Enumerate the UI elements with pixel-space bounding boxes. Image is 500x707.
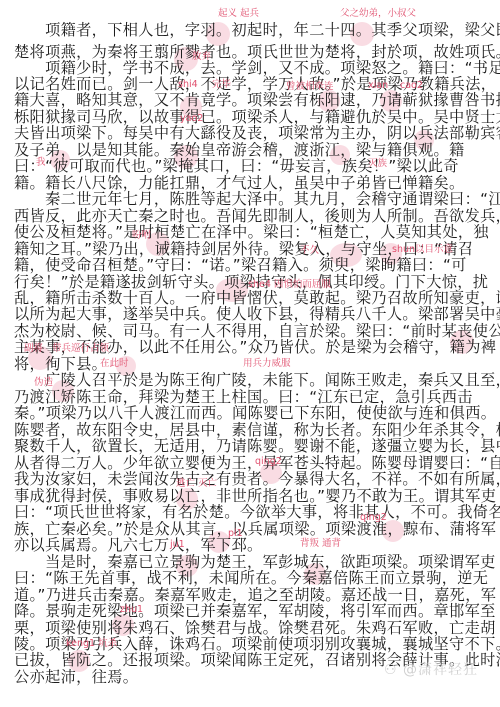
annotation: xian — [368, 80, 388, 91]
annotation: 父之幼弟，小叔父 — [340, 8, 416, 19]
annotation: qing2 — [360, 512, 387, 523]
annotation: 不久 — [300, 245, 319, 256]
annotation: she4 因惧怕而屈服 — [248, 279, 331, 290]
annotation: 曾被相牵连 — [286, 81, 334, 92]
annotation: cao2 — [400, 80, 423, 91]
annotation: pi1 — [228, 528, 243, 539]
annotation: 吩咐 — [132, 230, 151, 241]
annotation: 灭族 — [368, 158, 387, 169]
annotation: 背叛 通背 — [300, 538, 341, 549]
annotation: 起义 起兵 — [218, 8, 259, 19]
annotation: 逃亡 灭亡 — [176, 478, 217, 489]
text-line: 公亦起沛，往焉。 — [14, 665, 138, 690]
annotation: 完毕 — [212, 79, 231, 90]
annotation: 放弃 — [192, 51, 211, 62]
annotation: 我 — [36, 157, 46, 168]
annotation: zhu1 — [120, 604, 143, 615]
annotation: ju1 — [170, 539, 185, 550]
annotation: keng1 坑杀 — [66, 638, 117, 649]
annotation: 用兵力威服 — [243, 358, 291, 369]
annotation: shun以目示意 — [392, 244, 453, 255]
annotation: yao2 — [180, 113, 203, 124]
annotation: qing2 — [255, 456, 282, 467]
document-page: 项籍者，下相人也，字羽。初起时，年二十四。其季父项梁，梁父即 楚将项燕，为秦将王… — [0, 0, 500, 707]
annotation: 在此时 — [100, 358, 129, 369]
annotation: 副将 — [24, 343, 43, 354]
annotation: shi4 — [178, 79, 198, 90]
watermark: ⚇ @潇祥轻狂 — [384, 659, 478, 679]
annotation: 带兵巡行占领 — [52, 343, 109, 354]
annotation: 伪造 — [34, 377, 53, 388]
